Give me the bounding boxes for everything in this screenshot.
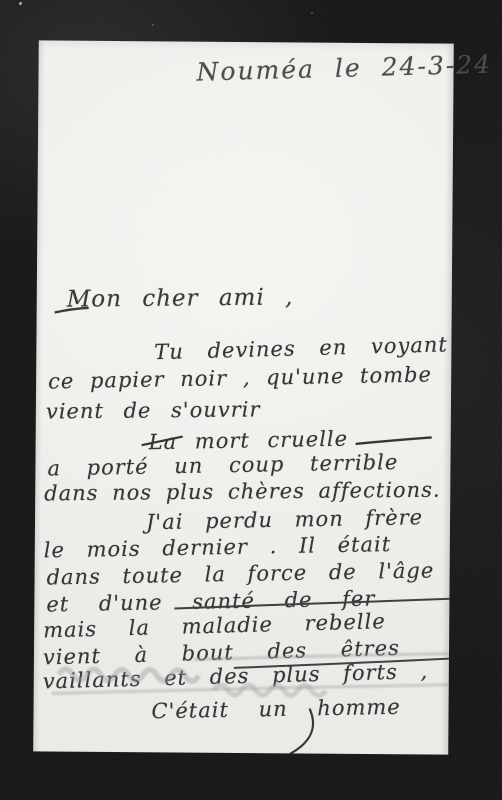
letter-paper: Nouméa le 24-3-24 Mon cher ami , Tu devi…	[33, 40, 454, 754]
dust-speck	[152, 24, 154, 26]
dust-speck	[311, 12, 313, 14]
photo-frame: Nouméa le 24-3-24 Mon cher ami , Tu devi…	[0, 0, 502, 800]
dust-speck	[19, 2, 22, 5]
body-line: le mois dernier . Il était	[44, 532, 392, 562]
body-line: vient de s'ouvrir	[46, 397, 261, 423]
date-line: Nouméa le 24-3-24	[196, 50, 492, 87]
body-line: dans nos plus chères affections.	[44, 478, 441, 506]
body-line: Tu devines en voyant	[154, 332, 448, 364]
body-line: La mort cruelle	[148, 427, 348, 455]
body-line: J'ai perdu mon frère	[146, 505, 424, 534]
body-line: ce papier noir , qu'une tombe	[48, 362, 432, 393]
body-line: dans toute la force de l'âge	[46, 558, 434, 589]
body-line: C'était un homme	[151, 695, 401, 724]
salutation-line: Mon cher ami ,	[67, 284, 294, 312]
body-line: a porté un coup terrible	[47, 450, 398, 480]
